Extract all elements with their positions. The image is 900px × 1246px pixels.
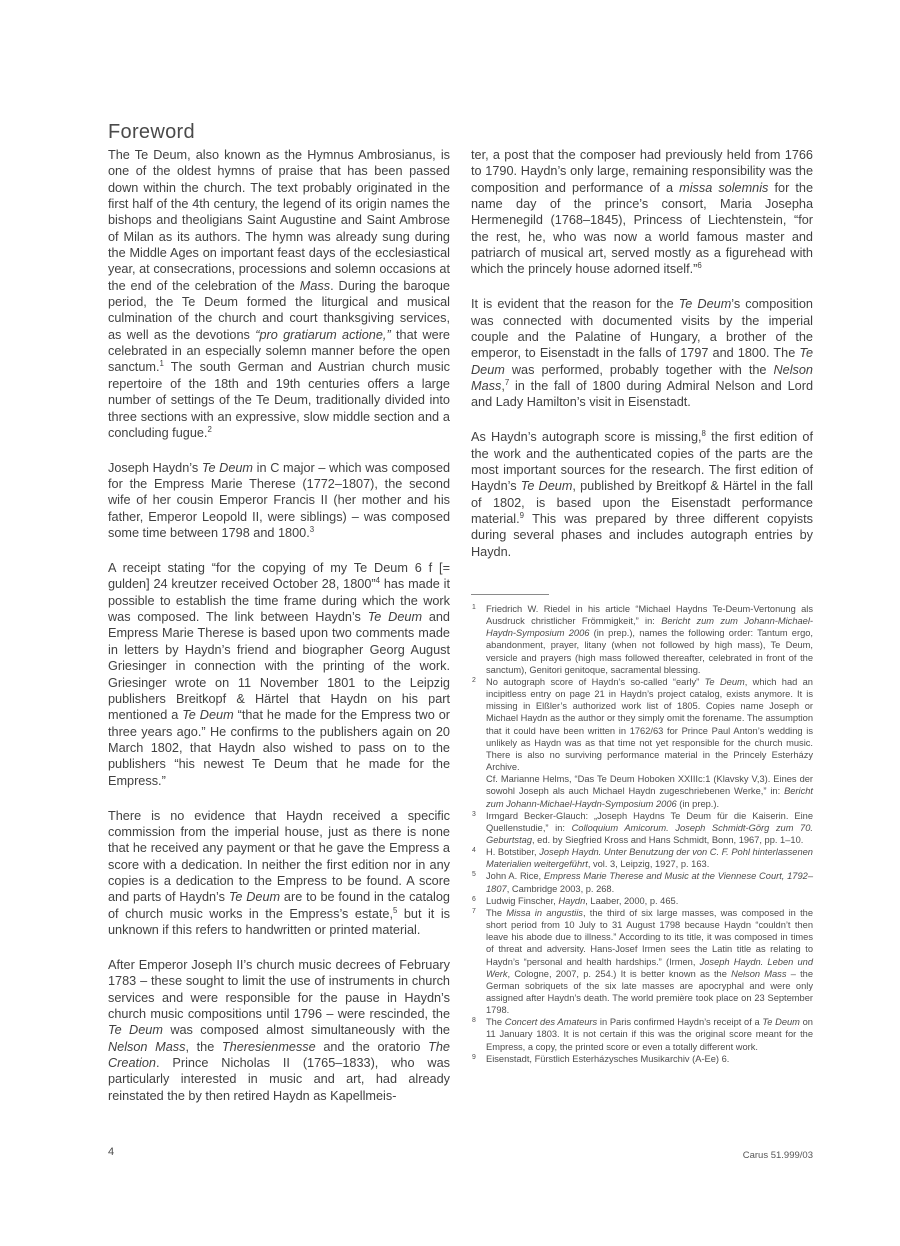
footnote-text: Irmgard Becker-Glauch: „Joseph Haydns Te… — [486, 811, 813, 845]
footnote: 6Ludwig Finscher, Haydn, Laaber, 2000, p… — [471, 895, 813, 907]
page-number: 4 — [108, 1146, 114, 1158]
footnote-text: No autograph score of Haydn’s so-called … — [486, 677, 813, 809]
paragraph: There is no evidence that Haydn received… — [108, 808, 450, 939]
footnote-number: 2 — [472, 675, 476, 687]
document-page: Foreword The Te Deum, also known as the … — [0, 0, 900, 1246]
left-column: The Te Deum, also known as the Hymnus Am… — [108, 147, 450, 1104]
footnote: 4H. Botstiber, Joseph Haydn. Unter Benut… — [471, 846, 813, 870]
right-column: ter, a post that the composer had previo… — [471, 147, 813, 560]
footnote-number: 6 — [472, 894, 476, 906]
paragraph: ter, a post that the composer had previo… — [471, 147, 813, 278]
footnote: 1Friedrich W. Riedel in his article “Mic… — [471, 603, 813, 676]
paragraph: A receipt stating “for the copying of my… — [108, 560, 450, 789]
footnote-text: The Missa in angustiis, the third of six… — [486, 908, 813, 1015]
footnote: 5John A. Rice, Empress Marie Therese and… — [471, 870, 813, 894]
footnote: 9Eisenstadt, Fürstlich Esterházysches Mu… — [471, 1053, 813, 1065]
footnote-number: 9 — [472, 1052, 476, 1064]
footnote-number: 4 — [472, 845, 476, 857]
footnotes-section: 1Friedrich W. Riedel in his article “Mic… — [471, 594, 813, 1065]
paragraph: It is evident that the reason for the Te… — [471, 296, 813, 410]
paragraph: As Haydn’s autograph score is missing,8 … — [471, 429, 813, 560]
footnote-number: 8 — [472, 1015, 476, 1027]
paragraph: After Emperor Joseph II’s church music d… — [108, 957, 450, 1104]
footnote-text: The Concert des Amateurs in Paris confir… — [486, 1017, 813, 1051]
footnote: 2No autograph score of Haydn’s so-called… — [471, 676, 813, 810]
footnote-divider — [471, 594, 549, 595]
footnote-text: Eisenstadt, Fürstlich Esterházysches Mus… — [486, 1054, 729, 1064]
footnote-text: John A. Rice, Empress Marie Therese and … — [486, 871, 813, 893]
footnote-number: 1 — [472, 602, 476, 614]
page-title: Foreword — [108, 121, 195, 144]
footnote-list: 1Friedrich W. Riedel in his article “Mic… — [471, 603, 813, 1065]
footnote-text: Ludwig Finscher, Haydn, Laaber, 2000, p.… — [486, 896, 678, 906]
footnote: 3Irmgard Becker-Glauch: „Joseph Haydns T… — [471, 810, 813, 846]
footnote-number: 3 — [472, 809, 476, 821]
footnote-number: 5 — [472, 869, 476, 881]
footnote-number: 7 — [472, 906, 476, 918]
paragraph: The Te Deum, also known as the Hymnus Am… — [108, 147, 450, 441]
footnote: 7The Missa in angustiis, the third of si… — [471, 907, 813, 1016]
footnote: 8The Concert des Amateurs in Paris confi… — [471, 1016, 813, 1052]
footnote-text: H. Botstiber, Joseph Haydn. Unter Benutz… — [486, 847, 813, 869]
edition-number: Carus 51.999/03 — [471, 1150, 813, 1161]
paragraph: Joseph Haydn’s Te Deum in C major – whic… — [108, 460, 450, 542]
footnote-text: Friedrich W. Riedel in his article “Mich… — [486, 604, 813, 675]
